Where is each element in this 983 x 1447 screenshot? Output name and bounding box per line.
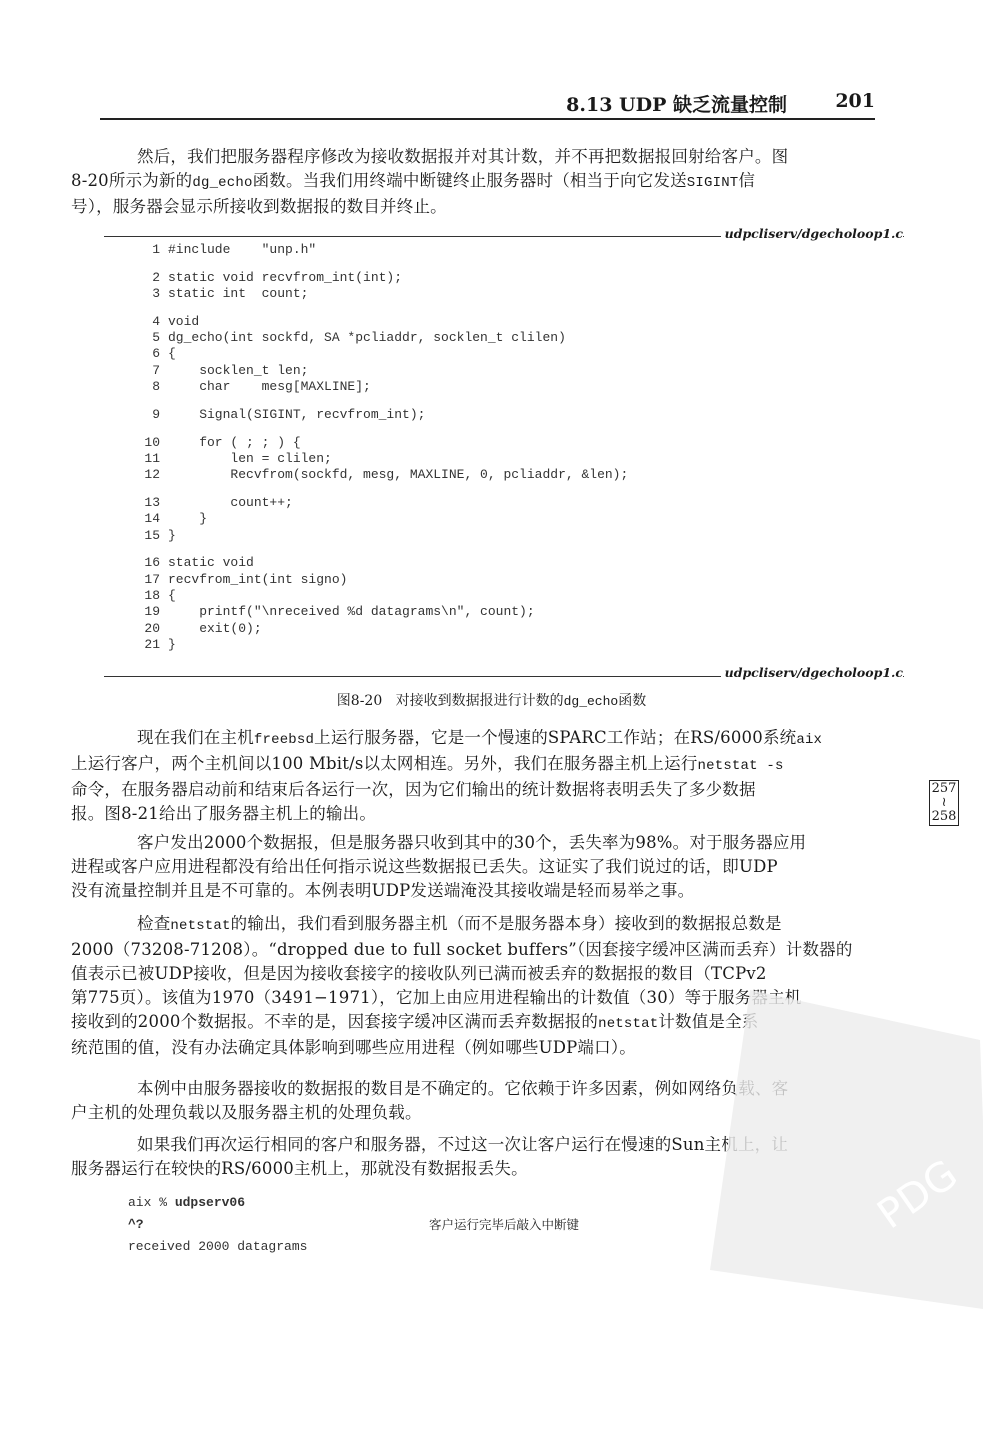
code-line: 20 exit(0); [140, 621, 628, 637]
code-text: printf("\nreceived %d datagrams\n", coun… [168, 604, 535, 619]
code-text: dg_echo(int sockfd, SA *pcliaddr, sockle… [168, 330, 566, 345]
code-text: } [168, 528, 176, 543]
text: 函数 [618, 693, 646, 709]
code-line: 10 for ( ; ; ) { [140, 435, 628, 451]
line-number: 18 [140, 588, 160, 604]
text: 的输出，我们看到服务器主机（而不是服务器本身）接收到的数据报总数是 [231, 914, 782, 933]
code-line: 9 Signal(SIGINT, recvfrom_int); [140, 407, 628, 423]
text: 服务器运行在较快的RS/6000主机上，那就没有数据报丢失。 [71, 1159, 528, 1178]
page-header: 8.13 UDP 缺乏流量控制 201 [100, 88, 875, 120]
text: 8-20所示为新的 [71, 171, 192, 190]
text: 接收到的2000个数据报。不幸的是，因套接字缓冲区满而丢弃数据报的 [71, 1012, 598, 1031]
figure-caption: 图8-20 对接收到数据报进行计数的dg_echo函数 [0, 690, 983, 710]
code-inline: aix [796, 732, 822, 748]
code-text: { [168, 346, 176, 361]
line-number: 8 [140, 379, 160, 395]
code-line: 18{ [140, 588, 628, 604]
code-line: 21} [140, 637, 628, 653]
terminal-line-output: received 2000 datagrams [128, 1236, 307, 1258]
line-number: 17 [140, 572, 160, 588]
text: 命令，在服务器启动前和结束后各运行一次，因为它们输出的统计数据将表明丢失了多少数… [71, 780, 756, 799]
watermark-seal-icon: PDG [690, 980, 983, 1310]
code-inline: netstat [170, 918, 230, 934]
code-line: 1#include "unp.h" [140, 242, 628, 258]
line-number: 12 [140, 467, 160, 483]
code-line: 2static void recvfrom_int(int); [140, 270, 628, 286]
code-inline: SIGINT [687, 175, 739, 191]
paragraph-2: 客户发出2000个数据报，但是服务器只收到其中的30个，丢失率为98%。对于服务… [104, 831, 904, 903]
text: 没有流量控制并且是不可靠的。本例表明UDP发送端淹没其接收端是轻而易举之事。 [71, 881, 694, 900]
intro-paragraph: 然后，我们把服务器程序修改为接收数据报并对其计数，并不再把数据报回射给客户。图 … [104, 145, 904, 219]
terminal-line-interrupt: ^?客户运行完毕后敲入中断键 [128, 1214, 307, 1236]
text: 报。图8-21给出了服务器主机上的输出。 [71, 804, 376, 823]
paragraph-1: 现在我们在主机freebsd上运行服务器，它是一个慢速的SPARC工作站；在RS… [104, 726, 904, 826]
terminal-interrupt: ^? [128, 1217, 144, 1232]
code-text: Signal(SIGINT, recvfrom_int); [168, 407, 425, 422]
code-inline: freebsd [254, 732, 314, 748]
code-text: char mesg[MAXLINE]; [168, 379, 371, 394]
line-number: 5 [140, 330, 160, 346]
text: 统范围的值，没有办法确定具体影响到哪些应用进程（例如哪些UDP端口）。 [71, 1038, 636, 1057]
terminal-line-command: aix % udpserv06 [128, 1192, 307, 1214]
margin-page-bottom: 258 [930, 810, 958, 824]
code-inline: netstat -s [698, 758, 784, 774]
text: 上运行服务器，它是一个慢速的SPARC工作站；在RS/6000系统 [314, 728, 796, 747]
code-line: 14 } [140, 511, 628, 527]
terminal-annotation: 客户运行完毕后敲入中断键 [429, 1214, 579, 1236]
code-text: recvfrom_int(int signo) [168, 572, 347, 587]
text: 2000（73208-71208）。“dropped due to full s… [71, 940, 853, 959]
text: 现在我们在主机 [137, 728, 254, 747]
line-number: 10 [140, 435, 160, 451]
line-number: 6 [140, 346, 160, 362]
text: 进程或客户应用进程都没有给出任何指示说这些数据报已丢失。这证实了我们说过的话，即… [71, 857, 778, 876]
code-listing: 1#include "unp.h"2static void recvfrom_i… [140, 242, 628, 653]
line-number: 7 [140, 363, 160, 379]
text: 客户发出2000个数据报，但是服务器只收到其中的30个，丢失率为98%。对于服务… [137, 833, 806, 852]
code-line: 8 char mesg[MAXLINE]; [140, 379, 628, 395]
code-text: Recvfrom(sockfd, mesg, MAXLINE, 0, pclia… [168, 467, 628, 482]
line-number: 20 [140, 621, 160, 637]
line-number: 4 [140, 314, 160, 330]
code-line: 7 socklen_t len; [140, 363, 628, 379]
code-text: len = clilen; [168, 451, 332, 466]
code-line: 4void [140, 314, 628, 330]
code-line: 19 printf("\nreceived %d datagrams\n", c… [140, 604, 628, 620]
terminal-session: aix % udpserv06 ^?客户运行完毕后敲入中断键 received … [128, 1192, 307, 1258]
code-line: 13 count++; [140, 495, 628, 511]
code-line: 12 Recvfrom(sockfd, mesg, MAXLINE, 0, pc… [140, 467, 628, 483]
code-inline: dg_echo [564, 694, 619, 709]
line-number: 1 [140, 242, 160, 258]
text: 号），服务器会显示所接收到数据报的数目并终止。 [71, 197, 447, 216]
code-text: static void recvfrom_int(int); [168, 270, 402, 285]
code-inline: netstat [598, 1016, 658, 1032]
line-number: 9 [140, 407, 160, 423]
line-number: 16 [140, 555, 160, 571]
code-text: for ( ; ; ) { [168, 435, 301, 450]
text: 户主机的处理负载以及服务器主机的处理负载。 [71, 1103, 422, 1122]
text: 值表示已被UDP接收，但是因为接收套接字的接收队列已满而被丢弃的数据报的数目（T… [71, 964, 767, 983]
line-number: 13 [140, 495, 160, 511]
line-number: 2 [140, 270, 160, 286]
code-text: count++; [168, 495, 293, 510]
code-line: 16static void [140, 555, 628, 571]
code-inline: dg_echo [192, 175, 252, 191]
code-filename-top: udpcliserv/dgecholoop1.c [721, 226, 903, 241]
text: 函数。当我们用终端中断键终止服务器时（相当于向它发送 [253, 171, 687, 190]
code-text: } [168, 637, 176, 652]
code-line: 11 len = clilen; [140, 451, 628, 467]
code-text: exit(0); [168, 621, 262, 636]
figure-label: 图8-20 [337, 693, 382, 709]
line-number: 11 [140, 451, 160, 467]
terminal-prompt: aix % [128, 1195, 175, 1210]
line-number: 15 [140, 528, 160, 544]
code-text: } [168, 511, 207, 526]
code-text: static int count; [168, 286, 308, 301]
code-line: 5dg_echo(int sockfd, SA *pcliaddr, sockl… [140, 330, 628, 346]
code-text: socklen_t len; [168, 363, 308, 378]
terminal-command: udpserv06 [175, 1195, 245, 1210]
code-text: #include "unp.h" [168, 242, 316, 257]
margin-page-reference: 257 ≀ 258 [929, 780, 959, 826]
margin-page-sep: ≀ [930, 796, 958, 810]
line-number: 19 [140, 604, 160, 620]
line-number: 21 [140, 637, 160, 653]
line-number: 14 [140, 511, 160, 527]
code-text: { [168, 588, 176, 603]
text: 上运行客户，两个主机间以100 Mbit/s以太网相连。另外，我们在服务器主机上… [71, 754, 698, 773]
text: 信 [738, 171, 755, 190]
code-line: 6{ [140, 346, 628, 362]
section-title: 8.13 UDP 缺乏流量控制 [566, 90, 787, 117]
code-line: 15} [140, 528, 628, 544]
code-filename-bottom: udpcliserv/dgecholoop1.c [721, 665, 903, 680]
line-number: 3 [140, 286, 160, 302]
margin-page-top: 257 [930, 782, 958, 796]
text: 检查 [137, 914, 170, 933]
text: 然后，我们把服务器程序修改为接收数据报并对其计数，并不再把数据报回射给客户。图 [137, 147, 788, 166]
page-number: 201 [835, 90, 875, 112]
code-line: 17recvfrom_int(int signo) [140, 572, 628, 588]
code-text: static void [168, 555, 254, 570]
text: 对接收到数据报进行计数的 [396, 693, 564, 709]
code-line: 3static int count; [140, 286, 628, 302]
code-text: void [168, 314, 199, 329]
